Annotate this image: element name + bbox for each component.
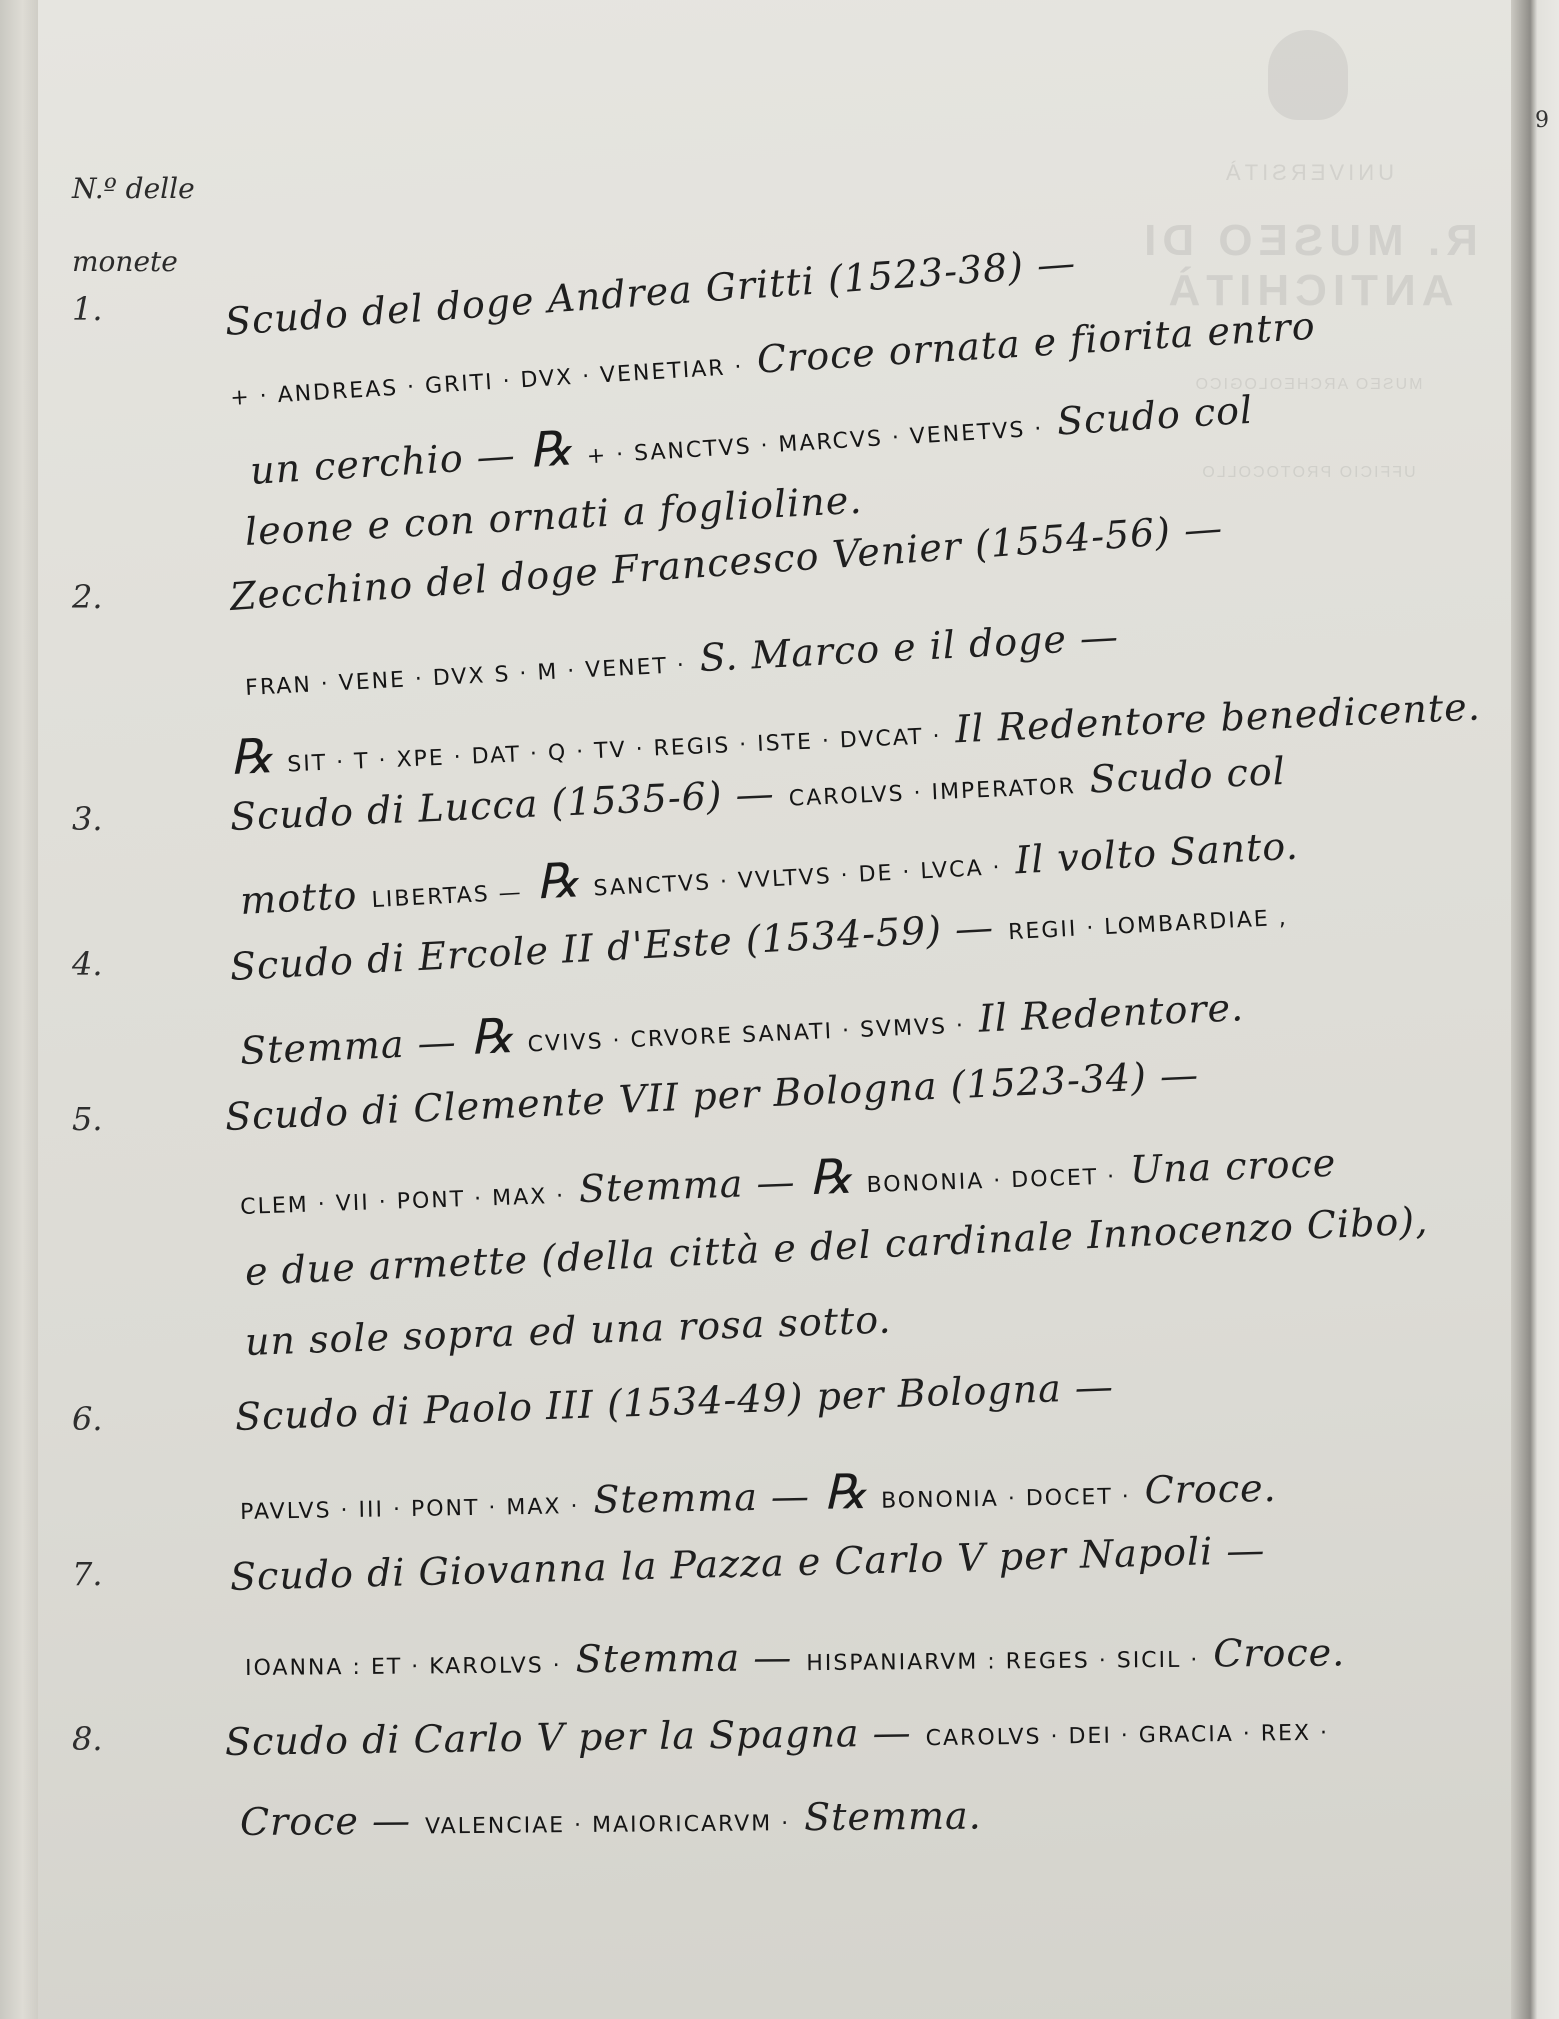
page-edge-left <box>0 0 39 2019</box>
coin-legend: PAVLVS · III · PONT · MAX · <box>240 1494 580 1525</box>
entry-number: 6. <box>72 1400 103 1438</box>
coin-legend: BONONIA · DOCET · <box>881 1484 1131 1513</box>
coin-legend: CLEM · VII · PONT · MAX · <box>240 1184 566 1220</box>
description-text: Stemma — <box>578 1160 796 1212</box>
entry-number: 2. <box>72 578 103 616</box>
coin-legend: IOANNA : ET · KAROLVS · <box>245 1653 562 1681</box>
entry-line: Croce —VALENCIAE · MAIORICARVM ·Stemma. <box>240 1794 982 1844</box>
coin-legend: BONONIA · DOCET · <box>866 1164 1116 1198</box>
ghost-line-1: UNIVERSITÀ <box>1078 160 1538 186</box>
column-header-line-1: N.º delle <box>72 172 195 205</box>
corner-mark: 9 <box>1535 108 1549 133</box>
entry-number: 8. <box>72 1720 103 1758</box>
description-text: Stemma — <box>593 1474 810 1522</box>
letterhead-bleed-through: UNIVERSITÀ R. MUSEO DI ANTICHITÀ MUSEO A… <box>1078 30 1538 550</box>
ghost-line-2: R. MUSEO DI ANTICHITÀ <box>1078 216 1538 316</box>
description-text: motto <box>239 873 358 923</box>
coin-legend: CAROLVS · DEI · GRACIA · REX · <box>926 1721 1330 1752</box>
page-edge-right <box>1511 0 1559 2019</box>
entry-number: 4. <box>72 945 103 983</box>
description-text: Il Redentore. <box>978 985 1245 1041</box>
reverse-symbol-icon: ℞ <box>528 420 574 479</box>
reverse-symbol-icon: ℞ <box>823 1464 867 1521</box>
coin-legend: HISPANIARVM : REGES · SICIL · <box>806 1648 1199 1676</box>
description-text: Stemma — <box>239 1020 457 1073</box>
crest-icon <box>1268 30 1348 120</box>
entry-number: 1. <box>72 290 103 328</box>
reverse-symbol-icon: ℞ <box>535 852 581 910</box>
ghost-line-4: UFFICIO PROTOCOLLO <box>1078 464 1538 482</box>
reverse-symbol-icon: ℞ <box>808 1149 853 1206</box>
column-header-line-2: monete <box>72 245 178 278</box>
reverse-symbol-icon: ℞ <box>229 728 274 786</box>
description-text: Croce — <box>240 1799 411 1844</box>
entry-number: 5. <box>72 1100 103 1138</box>
description-text: Stemma. <box>804 1794 982 1840</box>
entry-number: 3. <box>72 800 103 838</box>
description-text: Scudo col <box>1089 749 1287 802</box>
description-text: Croce. <box>1213 1630 1345 1675</box>
description-text: Stemma — <box>575 1635 792 1681</box>
coin-legend: LIBERTAS — <box>371 880 523 913</box>
entry-number: 7. <box>72 1555 103 1593</box>
description-text: Croce. <box>1144 1466 1277 1512</box>
coin-legend: VALENCIAE · MAIORICARVM · <box>425 1811 790 1839</box>
description-text: Scudo col <box>1056 388 1255 444</box>
reverse-symbol-icon: ℞ <box>469 1008 514 1066</box>
description-text: Una croce <box>1129 1141 1337 1192</box>
